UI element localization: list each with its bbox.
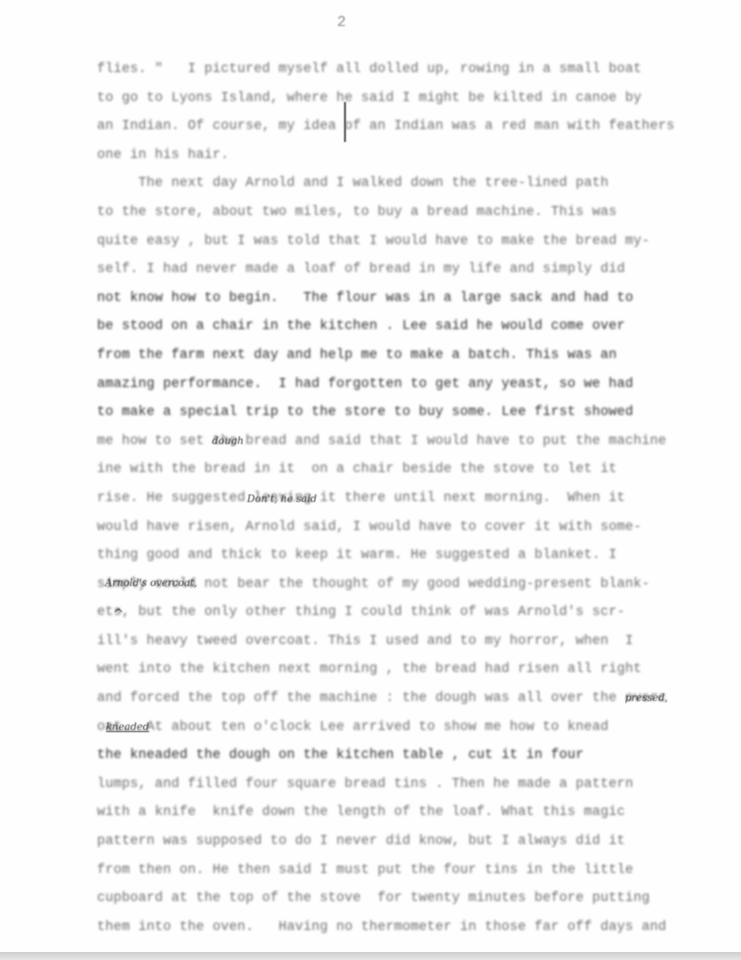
text-line: The next day Arnold and I walked down th… [97, 170, 697, 199]
page-number: 2 [337, 14, 346, 31]
text-line: to the store, about two miles, to buy a … [97, 199, 697, 228]
handwritten-note-pressed: pressed, [625, 693, 668, 704]
text-line: me how to set the bread and said that I … [97, 428, 697, 457]
text-line: be stood on a chair in the kitchen . Lee… [97, 313, 697, 342]
text-line: flies. " I pictured myself all dolled up… [97, 56, 697, 85]
text-line: to make a special trip to the store to b… [97, 399, 697, 428]
text-line: quite easy , but I was told that I would… [97, 228, 697, 257]
typewritten-body: flies. " I pictured myself all dolled up… [97, 56, 697, 942]
text-line: with a knife knife down the length of th… [97, 799, 697, 828]
text-line: lumps, and filled four square bread tins… [97, 771, 697, 800]
text-line: cupboard at the top of the stove for twe… [97, 885, 697, 914]
scan-edge-band [0, 952, 741, 960]
text-line: ets, but the only other thing I could th… [97, 599, 697, 628]
handwritten-caret: ^ [113, 607, 124, 622]
text-line: not know how to begin. The flour was in … [97, 285, 697, 314]
handwritten-note-dough: dough [212, 436, 244, 447]
text-line: from the farm next day and help me to ma… [97, 342, 697, 371]
handwritten-note-overcoat: Arnold's overcoat, [105, 578, 197, 589]
text-line: ine with the bread in it on a chair besi… [97, 456, 697, 485]
text-line: thing good and thick to keep it warm. He… [97, 542, 697, 571]
text-line: and forced the top off the machine : the… [97, 685, 697, 714]
text-line: would have risen, Arnold said, I would h… [97, 514, 697, 543]
text-line: self. I had never made a loaf of bread i… [97, 256, 697, 285]
text-line: them into the oven. Having no thermomete… [97, 914, 697, 943]
text-line: went into the kitchen next morning , the… [97, 656, 697, 685]
document-page: 2 flies. " I pictured myself all dolled … [0, 0, 741, 952]
handwritten-note-dont-he-said: Don't, he said [247, 494, 317, 505]
text-line: an Indian. Of course, my idea of an Indi… [97, 113, 697, 142]
text-line: ill's heavy tweed overcoat. This I used … [97, 628, 697, 657]
text-line: the kneaded the dough on the kitchen tab… [97, 742, 697, 771]
text-line: oat. At about ten o'clock Lee arrived to… [97, 714, 697, 743]
text-line: rise. He suggested leaving it there unti… [97, 485, 697, 514]
text-line: from then on. He then said I must put th… [97, 857, 697, 886]
handwritten-note-kneaded: kneaded [106, 722, 149, 733]
text-line: amazing performance. I had forgotten to … [97, 371, 697, 400]
text-line: one in his hair. [97, 142, 697, 171]
text-line: pattern was supposed to do I never did k… [97, 828, 697, 857]
text-line: to go to Lyons Island, where he said I m… [97, 85, 697, 114]
